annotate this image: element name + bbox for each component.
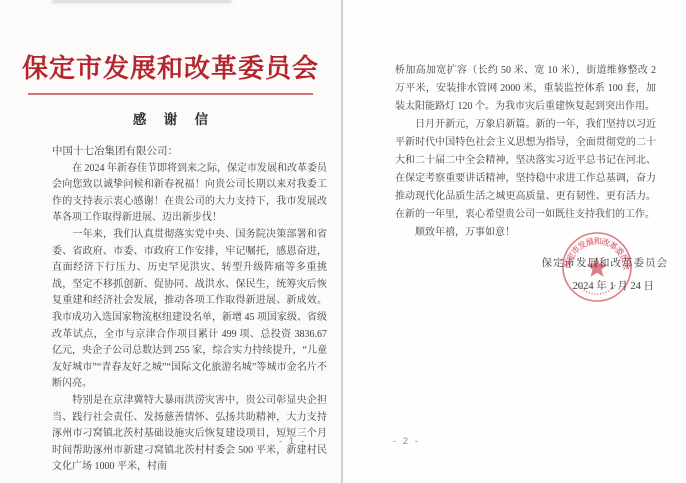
paragraph: 一年来，我们认真贯彻落实党中央、国务院决策部署和省委、省政府、市委、市政府工作安…: [52, 227, 327, 393]
letterhead-title: 保定市发展和改革委员会: [16, 54, 325, 84]
scan-artifact: [52, 0, 232, 3]
paragraph: 桥加高加宽扩容（长约 50 米、宽 10 米），街道维修整改 2 万平米，安装排…: [395, 62, 656, 116]
paragraph: 日月开新元，万象启新篇。新的一年，我们坚持以习近平新时代中国特色社会主义思想为指…: [395, 116, 656, 224]
page-number-1: - 1 -: [279, 436, 306, 447]
letterhead-rule: [28, 93, 313, 95]
page-2: 桥加高加宽扩容（长约 50 米、宽 10 米），街道维修整改 2 万平米，安装排…: [345, 0, 686, 483]
paragraph: 特别是在京津冀特大暴雨洪涝灾害中，贵公司彰显央企担当、践行社会责任、发扬慈善情怀…: [52, 393, 327, 476]
seal-star: [587, 257, 608, 277]
paragraph: 在 2024 年新春佳节即将到来之际，保定市发展和改革委员会向您致以诚挚问候和新…: [52, 161, 327, 227]
page-2-body: 桥加高加宽扩容（长约 50 米、宽 10 米），街道维修整改 2 万平米，安装排…: [345, 0, 686, 242]
page-1-body: 在 2024 年新春佳节即将到来之际，保定市发展和改革委员会向您致以诚挚问候和新…: [52, 161, 327, 476]
document-title: 感 谢 信: [0, 108, 341, 128]
salutation: 中国十七冶集团有限公司：: [52, 144, 327, 161]
page-1: 保定市发展和改革委员会 感 谢 信 中国十七冶集团有限公司： 在 2024 年新…: [0, 0, 343, 483]
page-number-2: - 2 -: [393, 436, 420, 447]
seal-code-marks: [578, 284, 616, 294]
official-seal: 保定市发展和改革委员会: [559, 227, 635, 303]
scanned-letter: 保定市发展和改革委员会 感 谢 信 中国十七冶集团有限公司： 在 2024 年新…: [0, 0, 686, 483]
